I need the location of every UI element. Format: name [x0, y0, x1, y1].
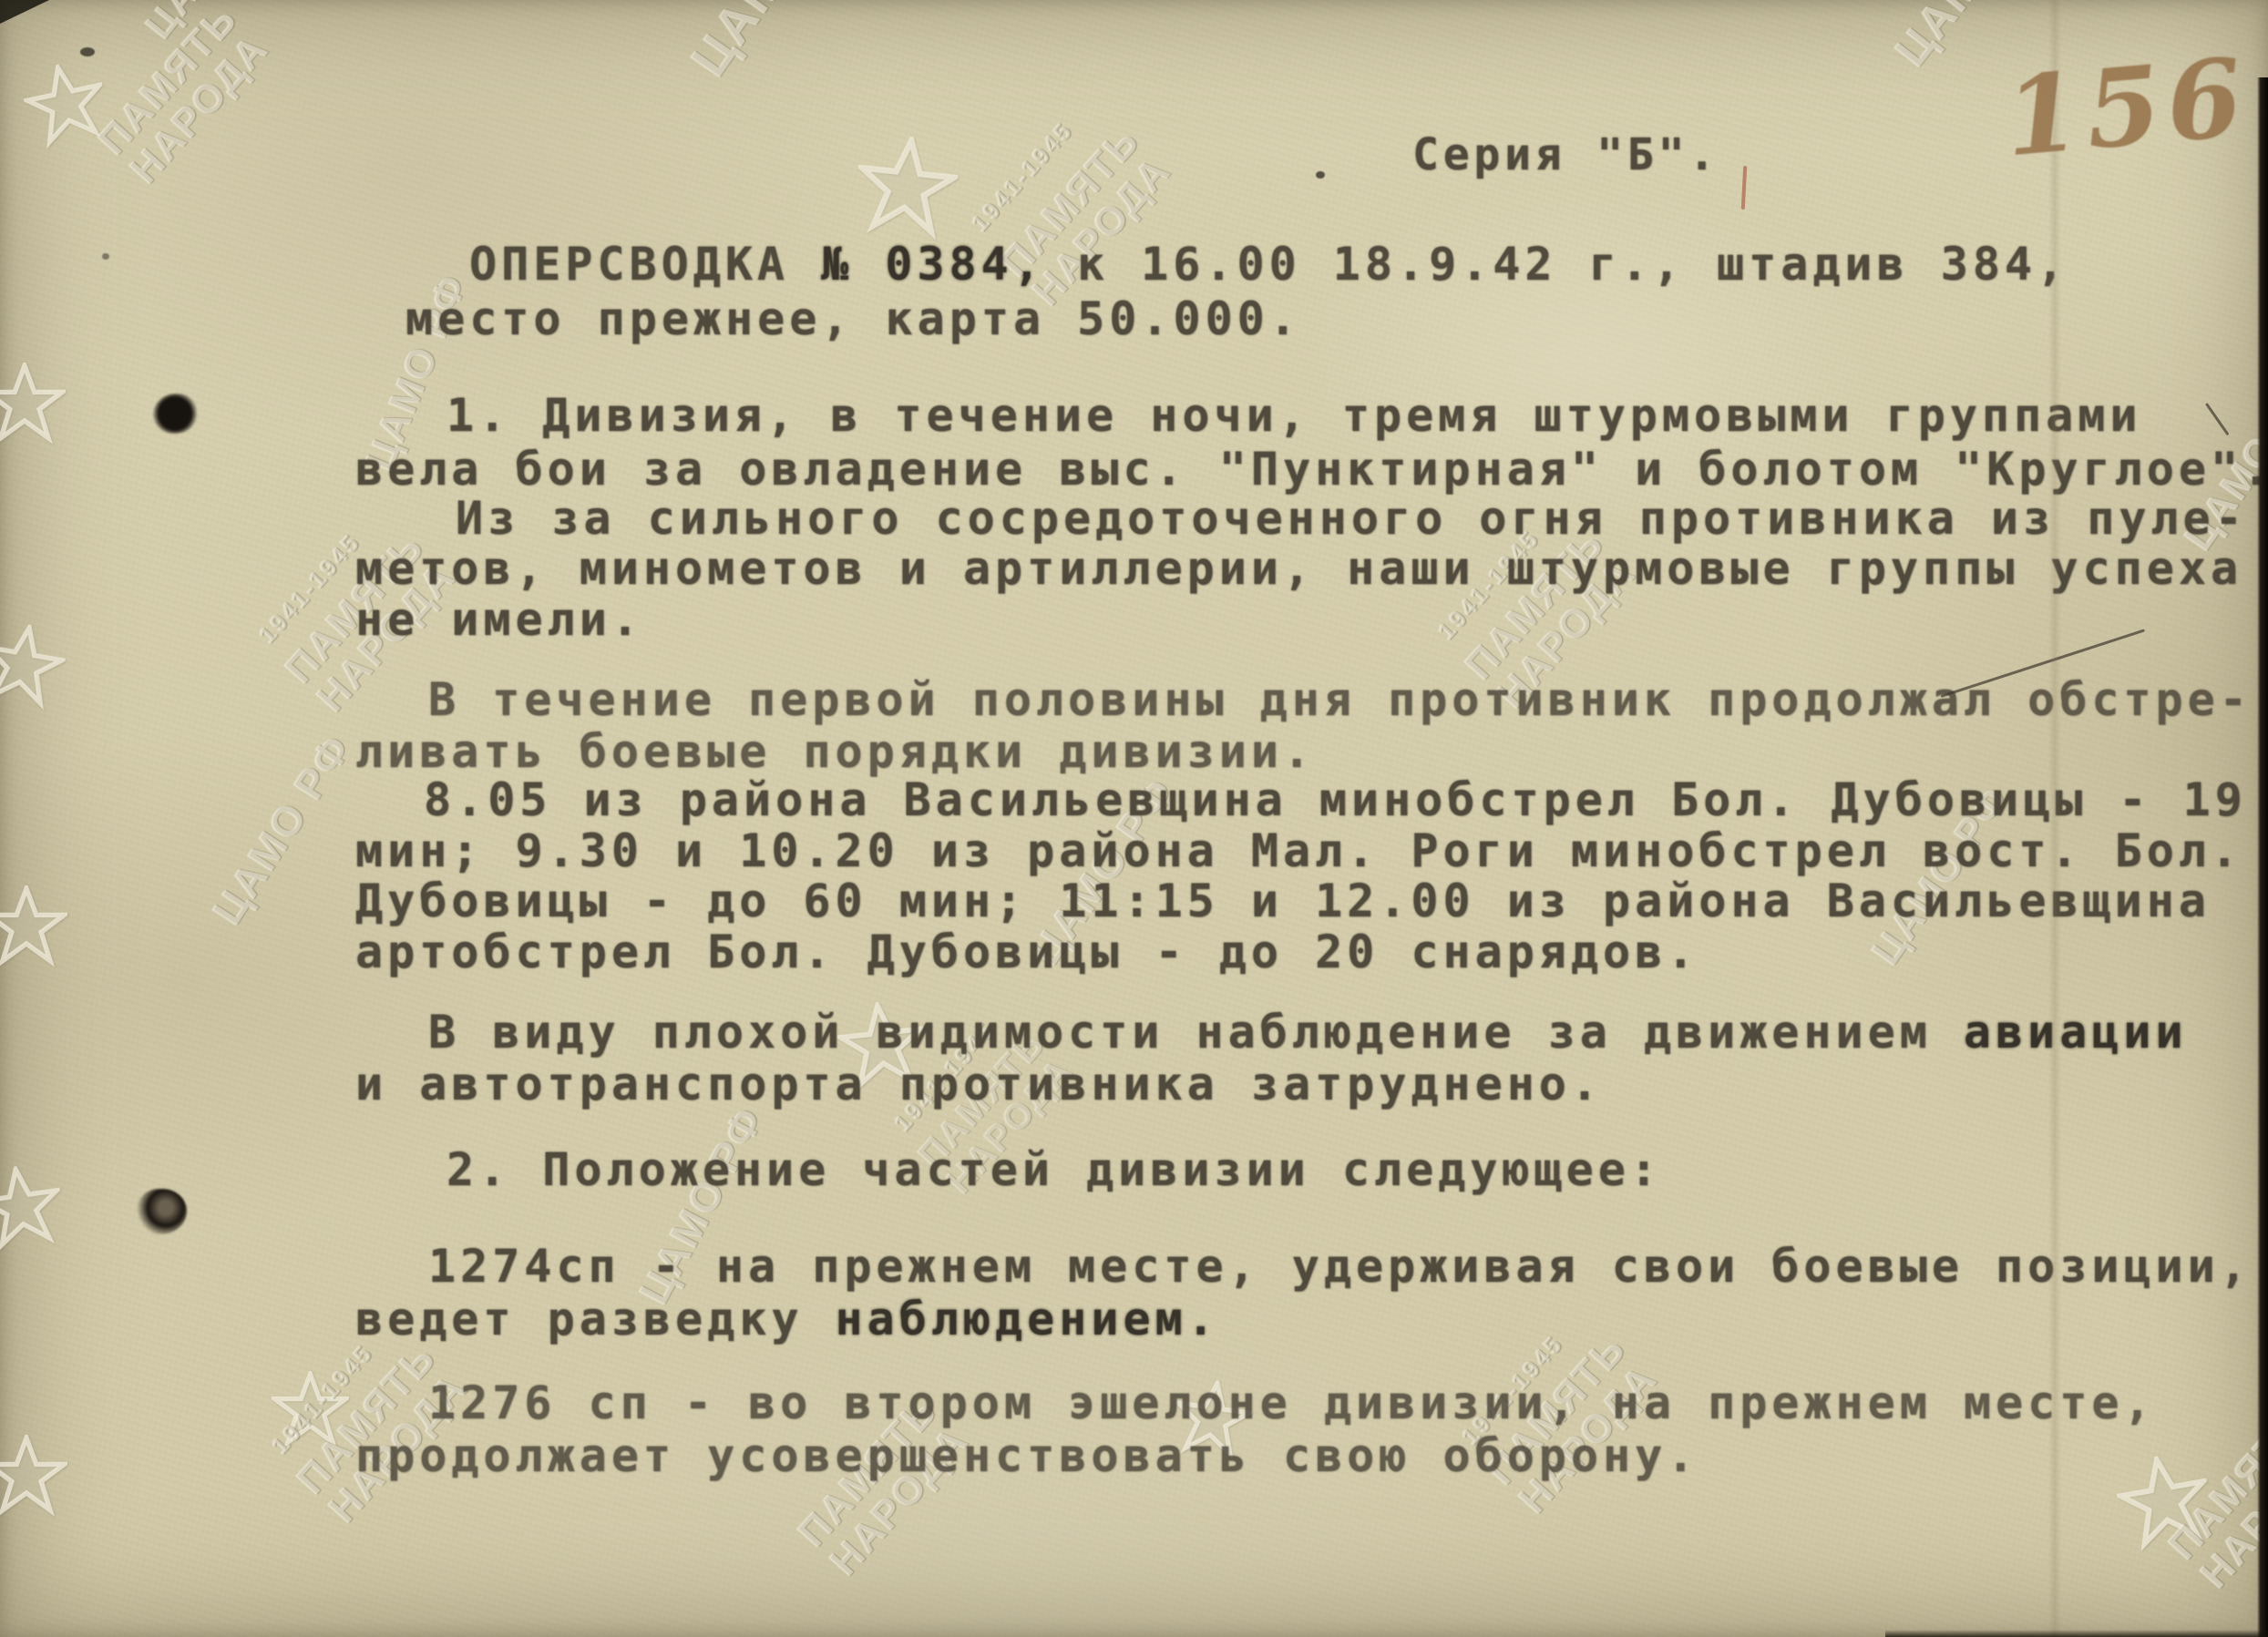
paper-crease: [2048, 0, 2061, 1637]
typed-line: продолжает усовершенствовать свою оборон…: [355, 1430, 1698, 1481]
typed-line: Дубовицы - до 60 мин; 11:15 и 12.00 из р…: [355, 875, 2211, 926]
line-part-overtyped: наблюдением.: [836, 1293, 1219, 1345]
header-time-unit: к 16.00 18.9.42 г., штадив 384,: [1045, 238, 2068, 291]
typed-line-section-2: 2. Положение частей дивизии следующее:: [446, 1144, 1662, 1195]
typed-line: метов, минометов и артиллерии, наши штур…: [355, 543, 2242, 594]
scan-edge-corner: [0, 0, 49, 24]
star-icon: [0, 1435, 67, 1517]
star-icon: [852, 132, 962, 242]
typed-line-header-1: ОПЕРСВОДКА № 0384, к 16.00 18.9.42 г., ш…: [469, 239, 2068, 290]
star-icon: [0, 1161, 67, 1253]
page-number: 156: [1999, 34, 2253, 181]
header-svodka-number: № 0384,: [821, 238, 1045, 291]
typed-line: Из за сильного сосредоточенного огня про…: [456, 493, 2247, 544]
typed-line: артобстрел Бол. Дубовицы - до 20 снарядо…: [355, 926, 1698, 977]
typed-line: ведет разведку наблюдением.: [355, 1294, 1219, 1345]
typed-line: мин; 9.30 и 10.20 из района Мал. Роги ми…: [355, 825, 2242, 876]
pen-stroke: [2205, 403, 2230, 435]
typed-line: 1276 сп - во втором эшелоне дивизии, на …: [428, 1377, 2156, 1428]
typed-line: и автотранспорта противника затруднено.: [355, 1059, 1603, 1110]
scan-edge-bottom: [1885, 1630, 2268, 1637]
ink-speck: [1316, 171, 1325, 179]
pencil-speck: [80, 47, 95, 56]
red-ink-mark: [1741, 166, 1748, 210]
typed-line: 8.05 из района Васильевщина минобстрел Б…: [424, 774, 2247, 825]
watermark-tsamo-rf: ЦАМО РФ: [679, 0, 877, 87]
line-part: ведет разведку: [355, 1293, 836, 1345]
hole-punch: [153, 394, 197, 434]
watermark-pamyat-naroda: ПАМЯТЬ НАРОДА: [91, 0, 278, 191]
header-title: ОПЕРСВОДКА: [469, 238, 821, 291]
typed-line-header-2: место прежнее, карта 50.000.: [405, 293, 1301, 344]
paper-sheet: ЦАМО РФ ЦАМО РФ ЦАМО РФ ЦАМО РФ ЦАМО РФ …: [0, 0, 2268, 1637]
typed-line: не имели.: [355, 594, 643, 645]
ink-speck: [102, 253, 109, 260]
line-part-overtyped: авиации: [1964, 1006, 2188, 1059]
hole-punch: [137, 1189, 187, 1234]
star-icon: [0, 618, 70, 712]
typed-line: В виду плохой видимости наблюдение за дв…: [428, 1007, 2188, 1058]
scan-edge-right: [2257, 77, 2268, 1637]
typed-line: вела бои за овладение выс. "Пунктирная" …: [355, 444, 2268, 495]
typed-line: 1. Дивизия, в течение ночи, тремя штурмо…: [446, 390, 2141, 441]
star-icon: [0, 885, 67, 967]
typed-line: 1274сп - на прежнем месте, удерживая сво…: [428, 1241, 2252, 1292]
typed-line: ливать боевые порядки дивизии.: [355, 726, 1315, 777]
document-scan: ЦАМО РФ ЦАМО РФ ЦАМО РФ ЦАМО РФ ЦАМО РФ …: [0, 0, 2268, 1637]
star-icon: [0, 363, 66, 445]
watermark-tsamo-rf: ЦАМО РФ: [202, 725, 361, 933]
series-label: Серия "Б".: [1412, 129, 1719, 180]
line-part: В виду плохой видимости наблюдение за дв…: [428, 1006, 1964, 1059]
